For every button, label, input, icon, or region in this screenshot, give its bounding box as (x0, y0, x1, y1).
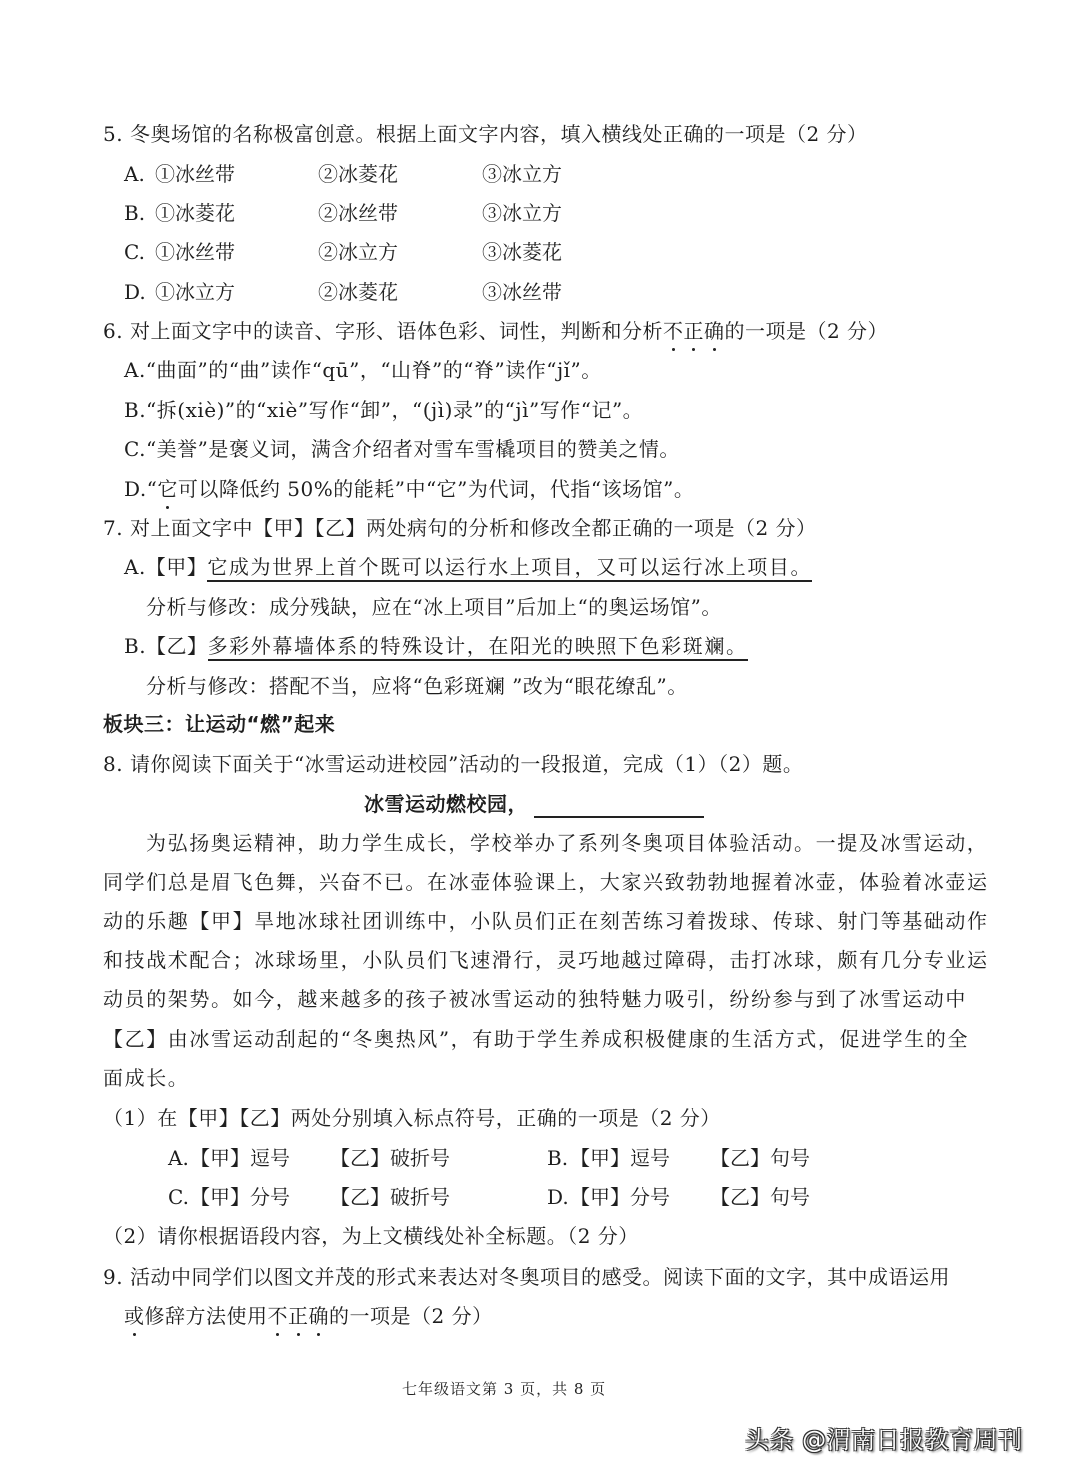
q7-option-b: B.【乙】多彩外幕墙体系的特殊设计，在阳光的映照下色彩斑斓。 (124, 632, 748, 660)
q6-option-c: C.“美誉”是褒义词，满含介绍者对雪车雪橇项目的赞美之情。 (124, 435, 680, 463)
q8-sub1-option-a-jia: 【甲】逗号 (190, 1144, 290, 1172)
emphasis-char: 不 (663, 317, 684, 345)
q8-sub1-option-c-label: C. (168, 1183, 189, 1211)
watermark: 头条 @渭南日报教育周刊 (745, 1420, 1023, 1455)
q5-option-a-item2: ②冰菱花 (318, 160, 398, 188)
q8-sub1-option-b-yi: 【乙】句号 (710, 1144, 810, 1172)
q8-sub1-option-c-jia: 【甲】分号 (190, 1183, 290, 1211)
q8-sub2-stem: （2）请你根据语段内容，为上文横线处补全标题。（2 分） (103, 1222, 639, 1250)
q7-option-b-sentence: 多彩外幕墙体系的特殊设计，在阳光的映照下色彩斑斓。 (208, 634, 748, 661)
q6-option-d-prefix: D.“ (124, 477, 157, 501)
q7-option-b-label: B.【乙】 (124, 634, 208, 658)
q6-option-d-text: 可以降低约 50%的能耗”中“它”为代词，代指“该场馆”。 (178, 477, 694, 501)
q8-sub1-option-b-jia: 【甲】逗号 (570, 1144, 670, 1172)
q7-option-a-label: A.【甲】 (124, 555, 207, 579)
q7-option-a-sentence: 它成为世界上首个既可以运行水上项目，又可以运行冰上项目。 (207, 555, 812, 582)
q7-option-a-analysis: 分析与修改：成分残缺，应在“冰上项目”后加上“的奥运场馆”。 (146, 593, 722, 621)
q7-stem: 7. 对上面文字中【甲】【乙】两处病句的分析和修改全都正确的一项是（2 分） (103, 514, 817, 542)
emphasis-char: 或 (124, 1302, 145, 1330)
q6-option-d: D.“它可以降低约 50%的能耗”中“它”为代词，代指“该场馆”。 (124, 475, 694, 503)
article-title-text: 冰雪运动燃校园， (364, 792, 528, 816)
q5-option-c-item2: ②冰立方 (318, 238, 398, 266)
q9-stem-tail: 的一项是（2 分） (329, 1304, 493, 1328)
paragraph-line: 面成长。 (103, 1064, 189, 1092)
q8-sub1-option-b-label: B. (547, 1144, 568, 1172)
section-heading: 板块三：让运动“燃”起来 (103, 710, 335, 738)
paragraph-line: 【乙】由冰雪运动刮起的“冬奥热风”，有助于学生养成积极健康的生活方式，促进学生的… (103, 1025, 969, 1053)
emphasis-char: 不 (268, 1302, 289, 1330)
q6-stem-tail: 的一项是（2 分） (724, 319, 888, 343)
q5-option-c-label: C. (124, 238, 145, 266)
q6-stem-text: 6. 对上面文字中的读音、字形、语体色彩、词性，判断和分析 (103, 319, 663, 343)
q6-stem: 6. 对上面文字中的读音、字形、语体色彩、词性，判断和分析不正确的一项是（2 分… (103, 317, 888, 345)
q8-sub1-stem: （1）在【甲】【乙】两处分别填入标点符号，正确的一项是（2 分） (103, 1104, 721, 1132)
q5-option-c-item3: ③冰菱花 (482, 238, 562, 266)
article-title: 冰雪运动燃校园， (364, 790, 704, 818)
paragraph-line: 动员的架势。如今，越来越多的孩子被冰雪运动的独特魅力吸引，纷纷参与到了冰雪运动中 (103, 985, 967, 1013)
q5-option-d-item1: ①冰立方 (155, 278, 235, 306)
q8-sub1-option-c-yi: 【乙】破折号 (330, 1183, 450, 1211)
q8-sub1-option-d-yi: 【乙】句号 (710, 1183, 810, 1211)
q9-stem-line2: 或修辞方法使用不正确的一项是（2 分） (124, 1302, 493, 1330)
paragraph-line: 同学们总是眉飞色舞，兴奋不已。在冰壶体验课上，大家兴致勃勃地握着冰壶，体验着冰壶… (103, 868, 989, 896)
q8-sub1-option-d-jia: 【甲】分号 (570, 1183, 670, 1211)
q7-option-a: A.【甲】它成为世界上首个既可以运行水上项目，又可以运行冰上项目。 (124, 553, 812, 581)
q5-option-a-label: A. (124, 160, 145, 188)
q6-option-b: B.“拆(xiè)”的“xiè”写作“卸”，“(jì)录”的“jì”写作“记”。 (124, 396, 643, 424)
paragraph-line: 为弘扬奥运精神，助力学生成长，学校举办了系列冬奥项目体验活动。一提及冰雪运动， (146, 829, 988, 857)
q5-option-d-item2: ②冰菱花 (318, 278, 398, 306)
q8-sub1-option-d-label: D. (547, 1183, 569, 1211)
q5-option-a-item1: ①冰丝带 (155, 160, 235, 188)
q8-sub1-option-a-yi: 【乙】破折号 (330, 1144, 450, 1172)
q6-option-a: A.“曲面”的“曲”读作“qū”，“山脊”的“脊”读作“jǐ”。 (124, 356, 602, 384)
q5-option-b-label: B. (124, 199, 145, 227)
q5-option-a-item3: ③冰立方 (482, 160, 562, 188)
emphasis-char: 正 (683, 317, 704, 345)
q5-option-d-label: D. (124, 278, 146, 306)
q5-option-b-item3: ③冰立方 (482, 199, 562, 227)
paragraph-line: 动的乐趣【甲】旱地冰球社团训练中，小队员们正在刻苦练习着拨球、传球、射门等基础动… (103, 907, 989, 935)
emphasis-char: 确 (704, 317, 725, 345)
q5-option-b-item1: ①冰菱花 (155, 199, 235, 227)
paragraph-line: 和技战术配合；冰球场里，小队员们飞速滑行，灵巧地越过障碍，击打冰球，颇有几分专业… (103, 946, 989, 974)
q5-option-b-item2: ②冰丝带 (318, 199, 398, 227)
q5-option-d-item3: ③冰丝带 (482, 278, 562, 306)
emphasis-char: 它 (157, 475, 178, 503)
q9-stem-line1: 9. 活动中同学们以图文并茂的形式来表达对冬奥项目的感受。阅读下面的文字，其中成… (103, 1263, 950, 1291)
emphasis-char: 确 (309, 1302, 330, 1330)
q9-stem-mid: 修辞方法使用 (145, 1304, 268, 1328)
q8-stem: 8. 请你阅读下面关于“冰雪运动进校园”活动的一段报道，完成（1）（2）题。 (103, 750, 803, 778)
q7-option-b-analysis: 分析与修改：搭配不当，应将“色彩斑斓 ”改为“眼花缭乱”。 (146, 672, 688, 700)
page-footer: 七年级语文第 3 页，共 8 页 (402, 1378, 606, 1399)
q5-option-c-item1: ①冰丝带 (155, 238, 235, 266)
q5-stem: 5. 冬奥场馆的名称极富创意。根据上面文字内容，填入横线处正确的一项是（2 分） (103, 120, 868, 148)
q8-sub1-option-a-label: A. (168, 1144, 189, 1172)
emphasis-char: 正 (288, 1302, 309, 1330)
title-blank-line (534, 796, 704, 818)
